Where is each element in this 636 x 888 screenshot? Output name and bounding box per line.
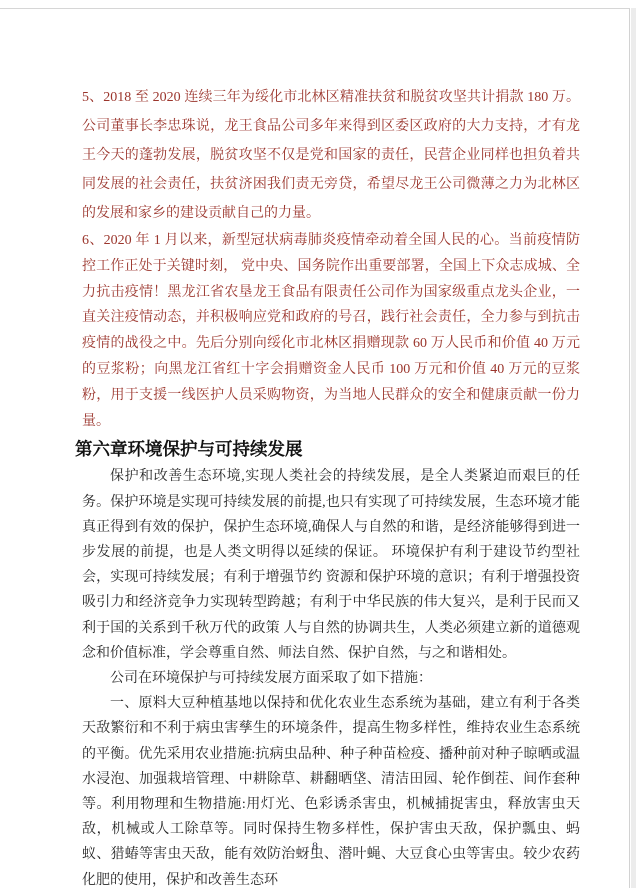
- paragraph-measure-one: 一、原料大豆种植基地以保持和优化农业生态系统为基础，建立有利于各类天敌繁衍和不利…: [82, 691, 580, 888]
- document-page: 5、2018 至 2020 连续三年为绥化市北林区精准扶贫和脱贫攻坚共计捐款 1…: [0, 8, 630, 888]
- paragraph-donation-5: 5、2018 至 2020 连续三年为绥化市北林区精准扶贫和脱贫攻坚共计捐款 1…: [82, 83, 580, 228]
- paragraph-measures-lead: 公司在环境保护与可持续发展方面采取了如下措施：: [82, 666, 580, 691]
- chapter-heading: 第六章环境保护与可持续发展: [75, 434, 580, 464]
- page-content: 5、2018 至 2020 连续三年为绥化市北林区精准扶贫和脱贫攻坚共计捐款 1…: [82, 83, 580, 888]
- paragraph-environment-intro: 保护和改善生态环境,实现人类社会的持续发展，是全人类紧迫而艰巨的任务。保护环境是…: [82, 464, 580, 666]
- paragraph-donation-6: 6、2020 年 1 月以来，新型冠状病毒肺炎疫情牵动着全国人民的心。当前疫情防…: [82, 228, 580, 434]
- page-number: 8: [0, 839, 630, 854]
- page-right-gutter: [631, 8, 636, 888]
